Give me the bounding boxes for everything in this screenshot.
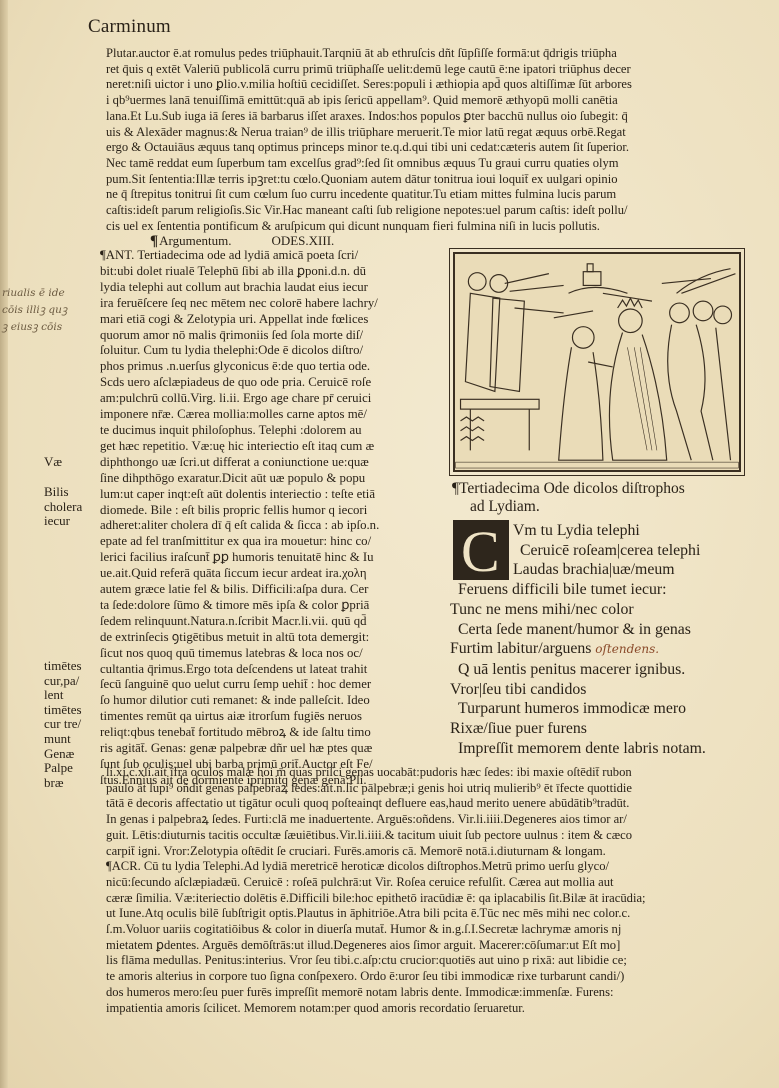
commentary-line: Plutar.auctor ē.at romulus pedes triūpha… [106, 46, 766, 62]
commentary-line: reliqt:qbus tenebat̄ fortitudo mēbroꝝ & … [100, 725, 445, 741]
poem-text: Vm tu Lydia telephiCeruicē roſeam|cerea … [450, 521, 706, 758]
commentary-line: carpit̄ igni. Vror:Zelotypia oſtēdit ſe … [106, 844, 766, 860]
commentary-line: i qb⁹uermes lanā tenuiſſimā emittūt:quā … [106, 93, 766, 109]
running-head: Carminum [88, 16, 171, 38]
commentary-line: te amoris alterius in corpore tuo ſigna … [106, 969, 766, 985]
handwritten-line: riualis ē ide [2, 285, 67, 302]
printed-margin-note: Bilischoleraiecur [44, 485, 82, 529]
commentary-line: cultantia q̄rimus.Ergo tota deſcendens u… [100, 662, 445, 678]
verse-line: Furtim labitur/arguens oſtendens. [450, 639, 706, 660]
commentary-line: get hæc repetitio. Væ:uę hic interiectio… [100, 439, 445, 455]
commentary-line: lerici facilius iraſcunt̄ ꝑꝑ humoris ten… [100, 550, 445, 566]
commentary-line: ¶ANT. Tertiadecima ode ad lydiā amicā po… [100, 248, 445, 264]
commentary-line: guit. Lētis:diuturnis tacitis occultæ ſæ… [106, 828, 766, 844]
poem-title: ¶Tertiadecima Ode dicolos diſtrophos ad … [452, 480, 685, 516]
commentary-line: neret:niſi uictor i uno ꝑlio.v.milia hoſ… [106, 77, 766, 93]
commentary-line: bit:ubi dolet riualē Telephū ſibi ab ill… [100, 264, 445, 280]
commentary-line: cæræ ſimilia. Væ:iteriectio dolētis ē.Di… [106, 891, 766, 907]
verse-line: Q uā lentis penitus macerer ignibus. [450, 660, 706, 680]
handwritten-line: ꝫ eiusꝫ cōis [2, 319, 67, 336]
verse-line: Impreſſit memorem dente labris notam. [450, 739, 706, 759]
commentary-line: phos primus .n.uerſus glyconicus ē:de qu… [100, 359, 445, 375]
commentary-line: diomede. Bile : eſt bilis propric fellis… [100, 503, 445, 519]
commentary-line: autem græce latie fel & bilis. Difficili… [100, 582, 445, 598]
page-gutter [0, 0, 8, 1088]
verse-line: Certa ſede manent/humor & in genas [450, 620, 706, 640]
verse-line: Ceruicē roſeam|cerea telephi [450, 541, 706, 561]
printed-margin-note: Væ [44, 455, 62, 470]
commentary-line: adheret:aliter cholera dī q̄ eſt calida … [100, 518, 445, 534]
commentary-line: Nec tamē reddat eum ſuperbum tam excelſu… [106, 156, 766, 172]
commentary-line: ue.ait.Quid referā quāta ſiccum iecur ar… [100, 566, 445, 582]
commentary-line: quorum amor nō malis q̄rimoniis ſed ſola… [100, 328, 445, 344]
commentary-line: ſedem relinquunt.Natura.n.ſcribit Macr.l… [100, 614, 445, 630]
commentary-line: ut Iune.Atq oculis bilē ſubſtrigit optis… [106, 906, 766, 922]
commentary-line: ſ.m.Voluor uariis cogitatiōibus & color … [106, 922, 766, 938]
commentary-line: li.xi.c.xli.ait īfra oculos malæ hoi m̄ … [106, 765, 766, 781]
woodcut-image-icon [455, 254, 739, 470]
verse-line: Vror|ſeu tibi candidos [450, 680, 706, 700]
handwritten-line: cōis illiꝫ quꝫ [2, 302, 67, 319]
commentary-line: ſecū ſanguinē quo uelut curru ſemp uehit… [100, 677, 445, 693]
bottom-commentary: li.xi.c.xli.ait īfra oculos malæ hoi m̄ … [106, 765, 766, 1016]
commentary-line: lana.Et Lu.Sub iuga iā ſeres iā barbarus… [106, 109, 766, 125]
commentary-line: de extrinſecis ꝯtigētibus metuit in altū… [100, 630, 445, 646]
commentary-line: uis & Alexāder magnus:& Nerua traian⁹ de… [106, 125, 766, 141]
commentary-line: tātā ē decoris affectatio ut tigātur ocu… [106, 796, 766, 812]
commentary-line: ſoluitur. Cum tu lydia thelephi:Ode ē di… [100, 343, 445, 359]
commentary-line: ret q̄uis q extēt Valeriū publicolā curr… [106, 62, 766, 78]
commentary-line: In genas i palpebraꝝ ſedes. Furti:clā me… [106, 812, 766, 828]
commentary-line: nicū:ſecundo aſclæpiadæū. Ceruicē : roſe… [106, 875, 766, 891]
verse-line: Rixæ/ſiue puer furens [450, 719, 706, 739]
commentary-line: Scds uero aſclæpiadeus de quo ode pria. … [100, 375, 445, 391]
commentary-line: mari etiā cogi & Zelotypia uri. Appellat… [100, 312, 445, 328]
commentary-line: ira feruēſcere ſeq nec mētem nec colorē … [100, 296, 445, 312]
commentary-line: dos humeros mero:ſeu puer furēs impreſſi… [106, 985, 766, 1001]
commentary-line: pum.Sit ſententia:Illæ terris ipꝫret:tu … [106, 172, 766, 188]
commentary-line: diphthongo uæ ſcri.ut differat a coniunc… [100, 455, 445, 471]
commentary-line: impatientia amoris ſcilicet. Memorem not… [106, 1001, 766, 1017]
left-commentary: ¶ANT. Tertiadecima ode ad lydiā amicā po… [100, 248, 445, 789]
commentary-line: timentes remūt qa uirtus aiæ itrorſum fu… [100, 709, 445, 725]
commentary-line: ris agitāt̄. Genas: genæ palpebræ dñr ue… [100, 741, 445, 757]
commentary-line: ſine dihpthōgo exaratur.Dicit aūt uæ pop… [100, 471, 445, 487]
commentary-line: lis flāma medullas. Penitus:interius. Vr… [106, 953, 766, 969]
printed-margin-note: timētescur,pa/lenttimētescur tre/muntGen… [44, 659, 82, 790]
woodcut-illustration [453, 252, 741, 472]
verse-line: Turparunt humeros immodicæ mero [450, 699, 706, 719]
commentary-line: am:pulchrū collū.Virg. li.ii. Ergo age c… [100, 391, 445, 407]
commentary-line: paulo āt ſupi⁹ oñdit genas palpebraꝝ ſed… [106, 781, 766, 797]
commentary-line: ¶ACR. Cū tu lydia Telephi.Ad lydiā meret… [106, 859, 766, 875]
poem-title-line: ad Lydiam. [452, 498, 685, 516]
commentary-line: ergo & Octauiāus æquus tanq optimus prin… [106, 140, 766, 156]
commentary-line: imponere nr̄æ. Cærea mollia:molles carne… [100, 407, 445, 423]
commentary-line: lydia telephi aut collum aut brachia lau… [100, 280, 445, 296]
argument-label: Argumentum. [159, 233, 231, 248]
verse-line: Tunc ne mens mihi/nec color [450, 600, 706, 620]
commentary-line: mietatem ꝑdentes. Arguēs demōſtrās:ut il… [106, 938, 766, 954]
commentary-line: ſo humor dilutior cuti remanet: & inde p… [100, 693, 445, 709]
poem-title-line: ¶Tertiadecima Ode dicolos diſtrophos [452, 480, 685, 498]
commentary-line: lum:ut caper inqt:eſt aūt dolentis inter… [100, 487, 445, 503]
commentary-line: ne q̄ ſtrepitus tonitrui ſit cum cœlum ſ… [106, 187, 766, 203]
commentary-line: caſtis:ideſt parum religioſis.Sic Vir.Ha… [106, 203, 766, 219]
commentary-line: epate ad fel tranſmittitur ex qua ira mo… [100, 534, 445, 550]
handwritten-annotation: oſtendens. [591, 642, 659, 656]
verse-line: Laudas brachia|uæ/meum [450, 560, 706, 580]
pilcrow-icon: ¶ [150, 233, 158, 249]
ode-number: ODES.XIII. [271, 233, 334, 248]
verse-line: Feruens difficili bile tumet iecur: [450, 580, 706, 600]
commentary-line: te ducimus inquit philoſophus. Telephi :… [100, 423, 445, 439]
handwritten-margin-note: riualis ē idecōis illiꝫ quꝫꝫ eiusꝫ cōis [2, 285, 67, 336]
top-commentary: Plutar.auctor ē.at romulus pedes triūpha… [106, 46, 766, 234]
commentary-line: ſicut nos quoq quū timemus latebras & lo… [100, 646, 445, 662]
commentary-line: ta ſede:dolore ſūmo & timore mēs ipſa & … [100, 598, 445, 614]
verse-line: Vm tu Lydia telephi [450, 521, 706, 541]
